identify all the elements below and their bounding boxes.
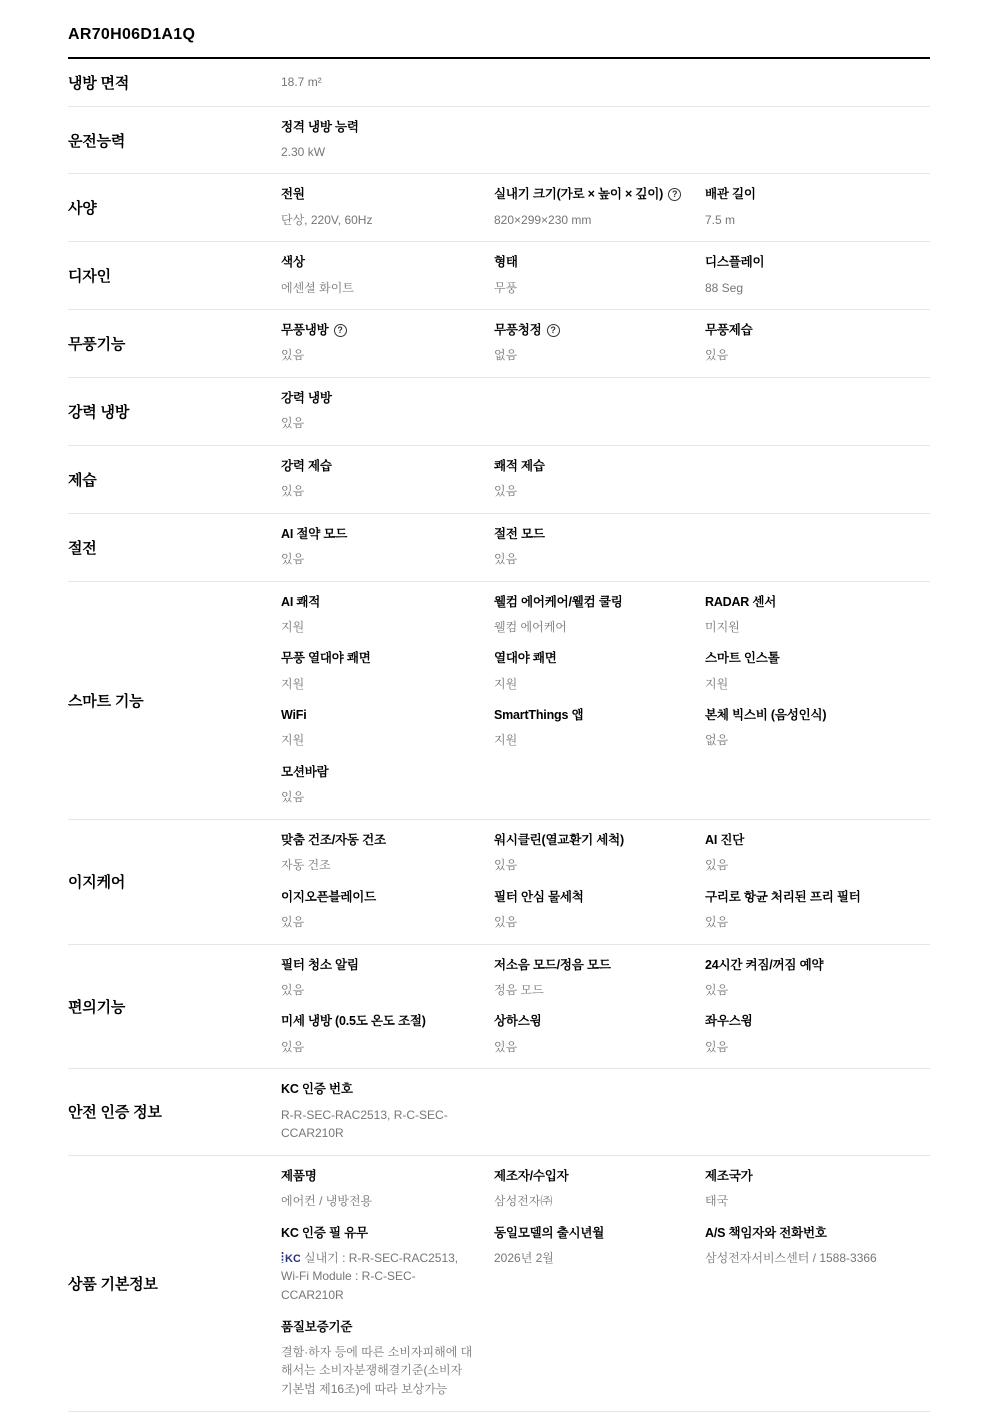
spec-row: 디자인색상에센셜 화이트형태무풍디스플레이88 Seg — [68, 242, 930, 310]
spec-row: 편의기능필터 청소 알림있음저소음 모드/정음 모드정음 모드24시간 켜짐/꺼… — [68, 945, 930, 1070]
spec-item-label-text: 제조국가 — [705, 1168, 753, 1184]
spec-cell: 형태무풍 — [494, 254, 705, 297]
spec-category-label: 이지케어 — [68, 871, 281, 892]
spec-item-value-text: R-R-SEC-RAC2513, R-C-SEC-CCAR210R — [281, 1108, 448, 1141]
spec-item-value-text: 있음 — [494, 915, 517, 929]
spec-item-value-text: 실내기 : R-R-SEC-RAC2513, Wi-Fi Module : R-… — [281, 1251, 458, 1302]
spec-category-label: 강력 냉방 — [68, 401, 281, 422]
spec-row: 냉방 면적18.7 m² — [68, 59, 930, 107]
spec-item-value-text: 820×299×230 mm — [494, 213, 591, 227]
spec-item-value: 태국 — [705, 1192, 897, 1211]
spec-subrow: WiFi지원SmartThings 앱지원본체 빅스비 (음성인식)없음 — [281, 707, 930, 750]
spec-item-label-text: 본체 빅스비 (음성인식) — [705, 707, 826, 723]
spec-item-value-text: 7.5 m — [705, 213, 735, 227]
spec-item-label-text: 필터 청소 알림 — [281, 957, 359, 973]
spec-item-value-text: 에센셜 화이트 — [281, 281, 354, 295]
spec-item-value: 있음 — [281, 1038, 473, 1057]
spec-item-value-text: 2026년 2월 — [494, 1251, 554, 1265]
spec-row-content: 필터 청소 알림있음저소음 모드/정음 모드정음 모드24시간 켜짐/꺼짐 예약… — [281, 957, 930, 1057]
spec-row-content: AI 절약 모드있음절전 모드있음 — [281, 526, 930, 569]
spec-subrow: 18.7 m² — [281, 71, 930, 94]
spec-item-label-text: RADAR 센서 — [705, 594, 776, 610]
spec-cell: 제조자/수입자삼성전자㈜ — [494, 1168, 705, 1211]
spec-item-label-text: 스마트 인스톨 — [705, 650, 780, 666]
spec-cell: 무풍제습있음 — [705, 322, 930, 365]
spec-item-label-text: 저소음 모드/정음 모드 — [494, 957, 611, 973]
spec-item-label-text: 배관 길이 — [705, 186, 756, 202]
spec-category-label: 제습 — [68, 469, 281, 490]
spec-item-label-text: 무풍 열대야 쾌면 — [281, 650, 371, 666]
spec-item-value-text: 지원 — [281, 733, 304, 747]
spec-cell: KC 인증 번호R-R-SEC-RAC2513, R-C-SEC-CCAR210… — [281, 1081, 494, 1142]
spec-item-value-text: 태국 — [705, 1194, 728, 1208]
spec-item-value-text: 있음 — [705, 915, 728, 929]
spec-item-value-text: 지원 — [705, 677, 728, 691]
spec-row-content: 강력 제습있음쾌적 제습있음 — [281, 458, 930, 501]
spec-cell: 필터 안심 물세척있음 — [494, 889, 705, 932]
spec-item-value: 지원 — [494, 675, 686, 694]
spec-item-label: 무풍냉방? — [281, 322, 476, 338]
spec-item-value: 7.5 m — [705, 211, 897, 230]
spec-item-label: AI 진단 — [705, 832, 905, 848]
spec-item-label: 강력 냉방 — [281, 390, 476, 406]
spec-item-value: 있음 — [705, 981, 897, 1000]
spec-item-value-text: 2.30 kW — [281, 145, 325, 159]
spec-cell: 18.7 m² — [281, 71, 494, 94]
spec-item-value-text: 있음 — [281, 484, 304, 498]
spec-row: 강력 냉방강력 냉방있음 — [68, 378, 930, 446]
spec-item-label: 필터 안심 물세척 — [494, 889, 687, 905]
spec-item-label-text: 구리로 항균 처리된 프리 필터 — [705, 889, 861, 905]
spec-item-value: 있음 — [705, 856, 897, 875]
spec-cell: AI 진단있음 — [705, 832, 930, 875]
spec-item-value: 있음 — [281, 913, 473, 932]
spec-item-value-text: 있음 — [705, 858, 728, 872]
spec-item-label-text: AI 진단 — [705, 832, 744, 848]
spec-cell: A/S 책임자와 전화번호삼성전자서비스센터 / 1588-3366 — [705, 1225, 930, 1305]
spec-item-label: 동일모델의 출시년월 — [494, 1225, 687, 1241]
spec-item-value: 있음 — [494, 856, 686, 875]
spec-item-label: 배관 길이 — [705, 186, 905, 202]
spec-cell: 제품명에어컨 / 냉방전용 — [281, 1168, 494, 1211]
spec-cell: 강력 제습있음 — [281, 458, 494, 501]
spec-subrow: 강력 제습있음쾌적 제습있음 — [281, 458, 930, 501]
spec-item-value-text: 없음 — [494, 348, 517, 362]
spec-item-label-text: WiFi — [281, 707, 306, 723]
spec-item-label: 디스플레이 — [705, 254, 905, 270]
spec-item-value-text: 지원 — [494, 677, 517, 691]
spec-item-value: 지원 — [281, 618, 473, 637]
spec-item-label: 무풍청정? — [494, 322, 687, 338]
spec-item-label: 제품명 — [281, 1168, 476, 1184]
spec-item-value-text: 있음 — [494, 1040, 517, 1054]
spec-item-value-text: 웰컴 에어케어 — [494, 620, 567, 634]
spec-item-label-text: 제조자/수입자 — [494, 1168, 569, 1184]
spec-item-value-text: 있음 — [705, 348, 728, 362]
spec-item-label: 색상 — [281, 254, 476, 270]
spec-category-label: 절전 — [68, 537, 281, 558]
spec-row: 상품 기본정보제품명에어컨 / 냉방전용제조자/수입자삼성전자㈜제조국가태국KC… — [68, 1156, 930, 1412]
spec-item-label-text: 디스플레이 — [705, 254, 764, 270]
svg-text:KC: KC — [285, 1253, 300, 1264]
spec-cell: 저소음 모드/정음 모드정음 모드 — [494, 957, 705, 1000]
spec-item-value: 단상, 220V, 60Hz — [281, 211, 473, 230]
spec-row-content: 강력 냉방있음 — [281, 390, 930, 433]
spec-item-label: 저소음 모드/정음 모드 — [494, 957, 687, 973]
product-spec-page: AR70H06D1A1Q 냉방 면적18.7 m²운전능력정격 냉방 능력2.3… — [68, 26, 930, 1412]
spec-item-label-text: A/S 책임자와 전화번호 — [705, 1225, 827, 1241]
spec-row-content: 색상에센셜 화이트형태무풍디스플레이88 Seg — [281, 254, 930, 297]
spec-row-content: 18.7 m² — [281, 71, 930, 94]
spec-subrow: 품질보증기준결함·하자 등에 따른 소비자피해에 대해서는 소비자분쟁해결기준(… — [281, 1319, 930, 1399]
spec-row-content: 무풍냉방?있음무풍청정?없음무풍제습있음 — [281, 322, 930, 365]
spec-table: 냉방 면적18.7 m²운전능력정격 냉방 능력2.30 kW사양전원단상, 2… — [68, 59, 930, 1412]
spec-item-label: 품질보증기준 — [281, 1319, 476, 1335]
spec-item-value: 무풍 — [494, 279, 686, 298]
spec-item-value: 18.7 m² — [281, 73, 473, 92]
spec-cell: 무풍냉방?있음 — [281, 322, 494, 365]
spec-category-label: 운전능력 — [68, 130, 281, 151]
spec-item-label-text: 전원 — [281, 186, 305, 202]
spec-item-label: KC 인증 번호 — [281, 1081, 476, 1097]
spec-category-label: 디자인 — [68, 265, 281, 286]
spec-item-value: 있음 — [281, 414, 473, 433]
spec-row: 스마트 기능AI 쾌적지원웰컴 에어케어/웰컴 쿨링웰컴 에어케어RADAR 센… — [68, 582, 930, 820]
spec-item-label-text: 제품명 — [281, 1168, 317, 1184]
spec-item-label: 구리로 항균 처리된 프리 필터 — [705, 889, 905, 905]
spec-subrow: AI 쾌적지원웰컴 에어케어/웰컴 쿨링웰컴 에어케어RADAR 센서미지원 — [281, 594, 930, 637]
spec-item-label-text: 강력 제습 — [281, 458, 332, 474]
spec-category-label: 무풍기능 — [68, 333, 281, 354]
product-model-title: AR70H06D1A1Q — [68, 26, 930, 59]
spec-item-value-text: 있음 — [281, 983, 304, 997]
spec-cell: 무풍 열대야 쾌면지원 — [281, 650, 494, 693]
spec-item-value-text: 있음 — [281, 552, 304, 566]
spec-item-value: 88 Seg — [705, 279, 897, 298]
spec-cell: SmartThings 앱지원 — [494, 707, 705, 750]
spec-category-label: 냉방 면적 — [68, 72, 281, 93]
spec-cell: 본체 빅스비 (음성인식)없음 — [705, 707, 930, 750]
spec-item-value-text: 88 Seg — [705, 281, 743, 295]
spec-item-value: 결함·하자 등에 따른 소비자피해에 대해서는 소비자분쟁해결기준(소비자기본법… — [281, 1343, 473, 1399]
spec-subrow: 무풍 열대야 쾌면지원열대야 쾌면지원스마트 인스톨지원 — [281, 650, 930, 693]
spec-item-label: 전원 — [281, 186, 476, 202]
spec-item-value-text: 있음 — [281, 915, 304, 929]
spec-item-label: 정격 냉방 능력 — [281, 119, 476, 135]
spec-item-value: 있음 — [281, 550, 473, 569]
spec-item-value: 있음 — [281, 788, 473, 807]
spec-item-value: 있음 — [705, 1038, 897, 1057]
spec-subrow: 필터 청소 알림있음저소음 모드/정음 모드정음 모드24시간 켜짐/꺼짐 예약… — [281, 957, 930, 1000]
spec-cell: 모션바람있음 — [281, 764, 494, 807]
spec-cell: 전원단상, 220V, 60Hz — [281, 186, 494, 229]
spec-item-value: 미지원 — [705, 618, 897, 637]
spec-row: 절전AI 절약 모드있음절전 모드있음 — [68, 514, 930, 582]
spec-item-value-text: 지원 — [281, 677, 304, 691]
spec-item-label-text: SmartThings 앱 — [494, 707, 583, 723]
spec-item-value: R-R-SEC-RAC2513, R-C-SEC-CCAR210R — [281, 1106, 473, 1143]
spec-item-value: 있음 — [281, 981, 473, 1000]
spec-item-value: 있음 — [281, 482, 473, 501]
spec-item-label-text: 미세 냉방 (0.5도 온도 조절) — [281, 1013, 426, 1029]
question-mark-circle-icon[interactable]: ? — [334, 324, 347, 337]
spec-cell: 맞춤 건조/자동 건조자동 건조 — [281, 832, 494, 875]
spec-item-label-text: 24시간 켜짐/꺼짐 예약 — [705, 957, 823, 973]
spec-cell: 강력 냉방있음 — [281, 390, 494, 433]
spec-subrow: 미세 냉방 (0.5도 온도 조절)있음상하스윙있음좌우스윙있음 — [281, 1013, 930, 1056]
spec-cell: 무풍청정?없음 — [494, 322, 705, 365]
spec-subrow: 색상에센셜 화이트형태무풍디스플레이88 Seg — [281, 254, 930, 297]
spec-item-label: 열대야 쾌면 — [494, 650, 687, 666]
spec-item-value: 지원 — [281, 675, 473, 694]
spec-item-value: 있음 — [494, 482, 686, 501]
spec-cell: 쾌적 제습있음 — [494, 458, 705, 501]
spec-item-label: 실내기 크기(가로 × 높이 × 깊이)? — [494, 186, 687, 202]
spec-item-value-text: 미지원 — [705, 620, 740, 634]
question-mark-circle-icon[interactable]: ? — [547, 324, 560, 337]
spec-item-value: 없음 — [705, 731, 897, 750]
spec-item-label-text: 정격 냉방 능력 — [281, 119, 359, 135]
spec-cell: 상하스윙있음 — [494, 1013, 705, 1056]
spec-item-label-text: 무풍냉방 — [281, 322, 329, 338]
spec-item-label: 스마트 인스톨 — [705, 650, 905, 666]
spec-item-label: 제조국가 — [705, 1168, 905, 1184]
spec-item-label-text: 절전 모드 — [494, 526, 545, 542]
spec-item-value: 있음 — [281, 346, 473, 365]
spec-row: 안전 인증 정보KC 인증 번호R-R-SEC-RAC2513, R-C-SEC… — [68, 1069, 930, 1155]
spec-item-value: 자동 건조 — [281, 856, 473, 875]
spec-item-label: RADAR 센서 — [705, 594, 905, 610]
spec-item-label: 미세 냉방 (0.5도 온도 조절) — [281, 1013, 476, 1029]
spec-item-label: 형태 — [494, 254, 687, 270]
spec-cell: 구리로 항균 처리된 프리 필터있음 — [705, 889, 930, 932]
spec-item-label-text: 품질보증기준 — [281, 1319, 352, 1335]
spec-cell: 미세 냉방 (0.5도 온도 조절)있음 — [281, 1013, 494, 1056]
spec-item-label: 모션바람 — [281, 764, 476, 780]
spec-cell: 동일모델의 출시년월2026년 2월 — [494, 1225, 705, 1305]
spec-row-content: 맞춤 건조/자동 건조자동 건조워시클린(열교환기 세척)있음AI 진단있음이지… — [281, 832, 930, 932]
spec-item-value: 2026년 2월 — [494, 1249, 686, 1268]
spec-cell: 절전 모드있음 — [494, 526, 705, 569]
spec-item-value: KC실내기 : R-R-SEC-RAC2513, Wi-Fi Module : … — [281, 1249, 473, 1305]
spec-item-label: 상하스윙 — [494, 1013, 687, 1029]
spec-item-value-text: 있음 — [281, 790, 304, 804]
spec-cell: 웰컴 에어케어/웰컴 쿨링웰컴 에어케어 — [494, 594, 705, 637]
spec-item-value: 2.30 kW — [281, 143, 473, 162]
spec-category-label: 안전 인증 정보 — [68, 1101, 281, 1122]
spec-item-label-text: 이지오픈블레이드 — [281, 889, 376, 905]
spec-item-value-text: 18.7 m² — [281, 75, 322, 89]
spec-item-value: 지원 — [705, 675, 897, 694]
spec-row-content: AI 쾌적지원웰컴 에어케어/웰컴 쿨링웰컴 에어케어RADAR 센서미지원무풍… — [281, 594, 930, 807]
spec-item-value: 820×299×230 mm — [494, 211, 686, 230]
spec-item-label: 필터 청소 알림 — [281, 957, 476, 973]
spec-item-label-text: 쾌적 제습 — [494, 458, 545, 474]
spec-item-label-text: 무풍청정 — [494, 322, 542, 338]
spec-item-label: 무풍 열대야 쾌면 — [281, 650, 476, 666]
spec-item-value: 지원 — [494, 731, 686, 750]
spec-item-value: 삼성전자서비스센터 / 1588-3366 — [705, 1249, 897, 1268]
spec-item-label: 쾌적 제습 — [494, 458, 687, 474]
spec-subrow: KC 인증 필 유무KC실내기 : R-R-SEC-RAC2513, Wi-Fi… — [281, 1225, 930, 1305]
spec-item-value-text: 지원 — [281, 620, 304, 634]
question-mark-circle-icon[interactable]: ? — [668, 188, 681, 201]
spec-row: 무풍기능무풍냉방?있음무풍청정?없음무풍제습있음 — [68, 310, 930, 378]
spec-item-value: 있음 — [494, 913, 686, 932]
spec-item-value-text: 결함·하자 등에 따른 소비자피해에 대해서는 소비자분쟁해결기준(소비자기본법… — [281, 1345, 472, 1396]
spec-item-label-text: 색상 — [281, 254, 305, 270]
spec-subrow: 전원단상, 220V, 60Hz실내기 크기(가로 × 높이 × 깊이)?820… — [281, 186, 930, 229]
spec-item-value-text: 있음 — [494, 858, 517, 872]
spec-item-label: 맞춤 건조/자동 건조 — [281, 832, 476, 848]
spec-cell: AI 절약 모드있음 — [281, 526, 494, 569]
spec-category-label: 사양 — [68, 197, 281, 218]
spec-item-value-text: 있음 — [705, 983, 728, 997]
spec-subrow: 맞춤 건조/자동 건조자동 건조워시클린(열교환기 세척)있음AI 진단있음 — [281, 832, 930, 875]
spec-subrow: AI 절약 모드있음절전 모드있음 — [281, 526, 930, 569]
spec-item-label-text: 워시클린(열교환기 세척) — [494, 832, 624, 848]
spec-item-label: 워시클린(열교환기 세척) — [494, 832, 687, 848]
spec-item-value: 에어컨 / 냉방전용 — [281, 1192, 473, 1211]
spec-item-value-text: 단상, 220V, 60Hz — [281, 213, 372, 227]
spec-cell: 24시간 켜짐/꺼짐 예약있음 — [705, 957, 930, 1000]
spec-item-value: 삼성전자㈜ — [494, 1192, 686, 1211]
spec-subrow: KC 인증 번호R-R-SEC-RAC2513, R-C-SEC-CCAR210… — [281, 1081, 930, 1142]
spec-item-label-text: 모션바람 — [281, 764, 329, 780]
spec-item-value-text: 정음 모드 — [494, 983, 544, 997]
spec-cell: 이지오픈블레이드있음 — [281, 889, 494, 932]
spec-item-value-text: 자동 건조 — [281, 858, 331, 872]
spec-item-label-text: KC 인증 번호 — [281, 1081, 353, 1097]
spec-item-label: A/S 책임자와 전화번호 — [705, 1225, 905, 1241]
spec-item-label-text: AI 절약 모드 — [281, 526, 347, 542]
spec-cell: 열대야 쾌면지원 — [494, 650, 705, 693]
spec-item-label-text: 동일모델의 출시년월 — [494, 1225, 604, 1241]
spec-item-label: 본체 빅스비 (음성인식) — [705, 707, 905, 723]
spec-cell: 스마트 인스톨지원 — [705, 650, 930, 693]
spec-item-label-text: 강력 냉방 — [281, 390, 332, 406]
spec-subrow: 강력 냉방있음 — [281, 390, 930, 433]
spec-item-label: 무풍제습 — [705, 322, 905, 338]
spec-item-label: 24시간 켜짐/꺼짐 예약 — [705, 957, 905, 973]
spec-item-label-text: AI 쾌적 — [281, 594, 320, 610]
spec-category-label: 스마트 기능 — [68, 690, 281, 711]
spec-item-label-text: 형태 — [494, 254, 518, 270]
spec-item-value-text: 지원 — [494, 733, 517, 747]
spec-cell: 품질보증기준결함·하자 등에 따른 소비자피해에 대해서는 소비자분쟁해결기준(… — [281, 1319, 494, 1399]
spec-item-label-text: 실내기 크기(가로 × 높이 × 깊이) — [494, 186, 663, 202]
spec-item-label-text: KC 인증 필 유무 — [281, 1225, 368, 1241]
spec-row: 사양전원단상, 220V, 60Hz실내기 크기(가로 × 높이 × 깊이)?8… — [68, 174, 930, 242]
spec-item-label: SmartThings 앱 — [494, 707, 687, 723]
spec-cell: 제조국가태국 — [705, 1168, 930, 1211]
spec-item-value-text: 에어컨 / 냉방전용 — [281, 1194, 372, 1208]
spec-item-value-text: 삼성전자서비스센터 / 1588-3366 — [705, 1251, 877, 1265]
spec-cell: WiFi지원 — [281, 707, 494, 750]
spec-cell: KC 인증 필 유무KC실내기 : R-R-SEC-RAC2513, Wi-Fi… — [281, 1225, 494, 1305]
spec-cell: 좌우스윙있음 — [705, 1013, 930, 1056]
spec-item-value-text: 있음 — [281, 416, 304, 430]
spec-item-value-text: 무풍 — [494, 281, 517, 295]
spec-item-value: 없음 — [494, 346, 686, 365]
spec-item-label: 제조자/수입자 — [494, 1168, 687, 1184]
spec-item-value: 웰컴 에어케어 — [494, 618, 686, 637]
spec-item-value: 에센셜 화이트 — [281, 279, 473, 298]
spec-row-content: 제품명에어컨 / 냉방전용제조자/수입자삼성전자㈜제조국가태국KC 인증 필 유… — [281, 1168, 930, 1399]
spec-row: 제습강력 제습있음쾌적 제습있음 — [68, 446, 930, 514]
spec-row-content: KC 인증 번호R-R-SEC-RAC2513, R-C-SEC-CCAR210… — [281, 1081, 930, 1142]
spec-item-value: 있음 — [494, 550, 686, 569]
spec-item-label: WiFi — [281, 707, 476, 723]
spec-item-label: KC 인증 필 유무 — [281, 1225, 476, 1241]
kc-certification-mark-icon: KC — [281, 1251, 300, 1264]
spec-item-value: 있음 — [705, 913, 897, 932]
spec-subrow: 무풍냉방?있음무풍청정?없음무풍제습있음 — [281, 322, 930, 365]
spec-subrow: 모션바람있음 — [281, 764, 930, 807]
spec-subrow: 이지오픈블레이드있음필터 안심 물세척있음구리로 항균 처리된 프리 필터있음 — [281, 889, 930, 932]
spec-item-label: 웰컴 에어케어/웰컴 쿨링 — [494, 594, 687, 610]
spec-item-value-text: 있음 — [281, 1040, 304, 1054]
spec-cell: RADAR 센서미지원 — [705, 594, 930, 637]
spec-category-label: 편의기능 — [68, 996, 281, 1017]
spec-item-label-text: 좌우스윙 — [705, 1013, 753, 1029]
spec-cell: 색상에센셜 화이트 — [281, 254, 494, 297]
spec-item-value: 지원 — [281, 731, 473, 750]
spec-item-label-text: 웰컴 에어케어/웰컴 쿨링 — [494, 594, 623, 610]
spec-cell: 필터 청소 알림있음 — [281, 957, 494, 1000]
spec-item-label: 강력 제습 — [281, 458, 476, 474]
spec-item-value: 있음 — [705, 346, 897, 365]
spec-row: 운전능력정격 냉방 능력2.30 kW — [68, 107, 930, 175]
spec-category-label: 상품 기본정보 — [68, 1273, 281, 1294]
spec-item-value-text: 없음 — [705, 733, 728, 747]
spec-cell: AI 쾌적지원 — [281, 594, 494, 637]
spec-item-label-text: 무풍제습 — [705, 322, 753, 338]
spec-cell: 실내기 크기(가로 × 높이 × 깊이)?820×299×230 mm — [494, 186, 705, 229]
spec-item-value-text: 있음 — [494, 484, 517, 498]
spec-item-value-text: 삼성전자㈜ — [494, 1194, 552, 1208]
spec-item-value: 있음 — [494, 1038, 686, 1057]
spec-item-label: 좌우스윙 — [705, 1013, 905, 1029]
spec-item-value: 정음 모드 — [494, 981, 686, 1000]
spec-cell: 정격 냉방 능력2.30 kW — [281, 119, 494, 162]
spec-cell: 배관 길이7.5 m — [705, 186, 930, 229]
spec-cell: 디스플레이88 Seg — [705, 254, 930, 297]
spec-item-label-text: 열대야 쾌면 — [494, 650, 557, 666]
spec-row-content: 정격 냉방 능력2.30 kW — [281, 119, 930, 162]
spec-item-label-text: 맞춤 건조/자동 건조 — [281, 832, 386, 848]
spec-subrow: 정격 냉방 능력2.30 kW — [281, 119, 930, 162]
spec-subrow: 제품명에어컨 / 냉방전용제조자/수입자삼성전자㈜제조국가태국 — [281, 1168, 930, 1211]
spec-cell: 워시클린(열교환기 세척)있음 — [494, 832, 705, 875]
spec-item-label-text: 필터 안심 물세척 — [494, 889, 584, 905]
spec-item-label-text: 상하스윙 — [494, 1013, 542, 1029]
spec-item-label: 절전 모드 — [494, 526, 687, 542]
spec-item-value-text: 있음 — [494, 552, 517, 566]
spec-item-value-text: 있음 — [281, 348, 304, 362]
spec-item-label: 이지오픈블레이드 — [281, 889, 476, 905]
spec-item-value-text: 있음 — [705, 1040, 728, 1054]
spec-item-label: AI 쾌적 — [281, 594, 476, 610]
spec-item-label: AI 절약 모드 — [281, 526, 476, 542]
spec-row-content: 전원단상, 220V, 60Hz실내기 크기(가로 × 높이 × 깊이)?820… — [281, 186, 930, 229]
spec-row: 이지케어맞춤 건조/자동 건조자동 건조워시클린(열교환기 세척)있음AI 진단… — [68, 820, 930, 945]
